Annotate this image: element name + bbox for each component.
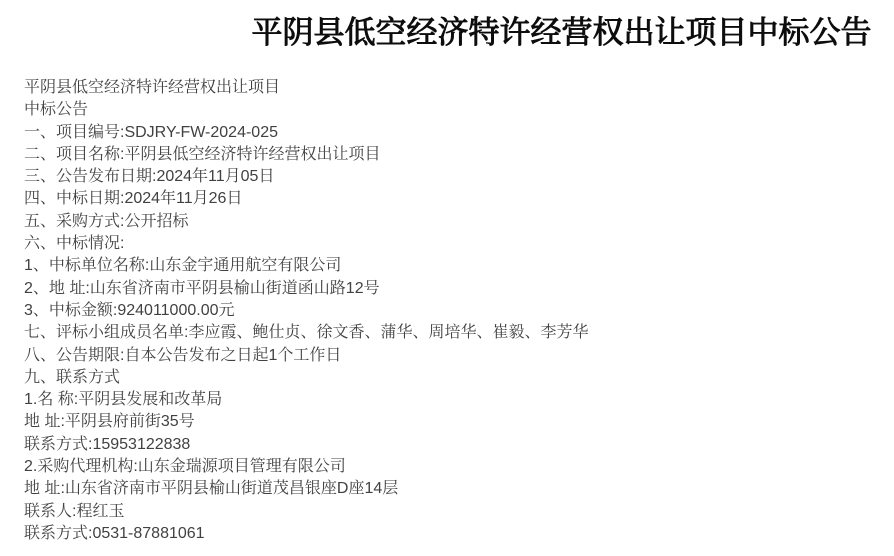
- agency-phone-line: 联系方式:0531-87881061: [24, 523, 884, 545]
- agency-address-line: 地 址:山东省济南市平阴县榆山街道茂昌银座D座14层: [24, 478, 884, 500]
- winning-bidder-line: 1、中标单位名称:山东金宇通用航空有限公司: [24, 255, 884, 277]
- announcement-body: 平阴县低空经济特许经营权出让项目 中标公告 一、项目编号:SDJRY-FW-20…: [24, 77, 884, 545]
- procurement-method-line: 五、采购方式:公开招标: [24, 211, 884, 233]
- bidder-address-line: 2、地 址:山东省济南市平阴县榆山街道函山路12号: [24, 278, 884, 300]
- purchaser-phone-line: 联系方式:15953122838: [24, 434, 884, 456]
- announcement-subject-line: 平阴县低空经济特许经营权出让项目: [24, 77, 884, 99]
- contact-heading-line: 九、联系方式: [24, 367, 884, 389]
- purchaser-address-line: 地 址:平阴县府前街35号: [24, 411, 884, 433]
- award-date-line: 四、中标日期:2024年11月26日: [24, 188, 884, 210]
- project-number-line: 一、项目编号:SDJRY-FW-2024-025: [24, 122, 884, 144]
- purchaser-name-line: 1.名 称:平阴县发展和改革局: [24, 389, 884, 411]
- project-name-line: 二、项目名称:平阴县低空经济特许经营权出让项目: [24, 144, 884, 166]
- announcement-page: 平阴县低空经济特许经营权出让项目中标公告 平阴县低空经济特许经营权出让项目 中标…: [0, 0, 894, 556]
- publish-date-line: 三、公告发布日期:2024年11月05日: [24, 166, 884, 188]
- evaluation-panel-line: 七、评标小组成员名单:李应霞、鲍仕贞、徐文香、蒲华、周培华、崔毅、李芳华: [24, 322, 884, 344]
- page-title: 平阴县低空经济特许经营权出让项目中标公告: [24, 13, 894, 53]
- award-status-heading-line: 六、中标情况:: [24, 233, 884, 255]
- agency-name-line: 2.采购代理机构:山东金瑞源项目管理有限公司: [24, 456, 884, 478]
- award-amount-line: 3、中标金额:924011000.00元: [24, 300, 884, 322]
- announcement-period-line: 八、公告期限:自本公告发布之日起1个工作日: [24, 345, 884, 367]
- announcement-type-line: 中标公告: [24, 99, 884, 121]
- agency-contact-person-line: 联系人:程红玉: [24, 501, 884, 523]
